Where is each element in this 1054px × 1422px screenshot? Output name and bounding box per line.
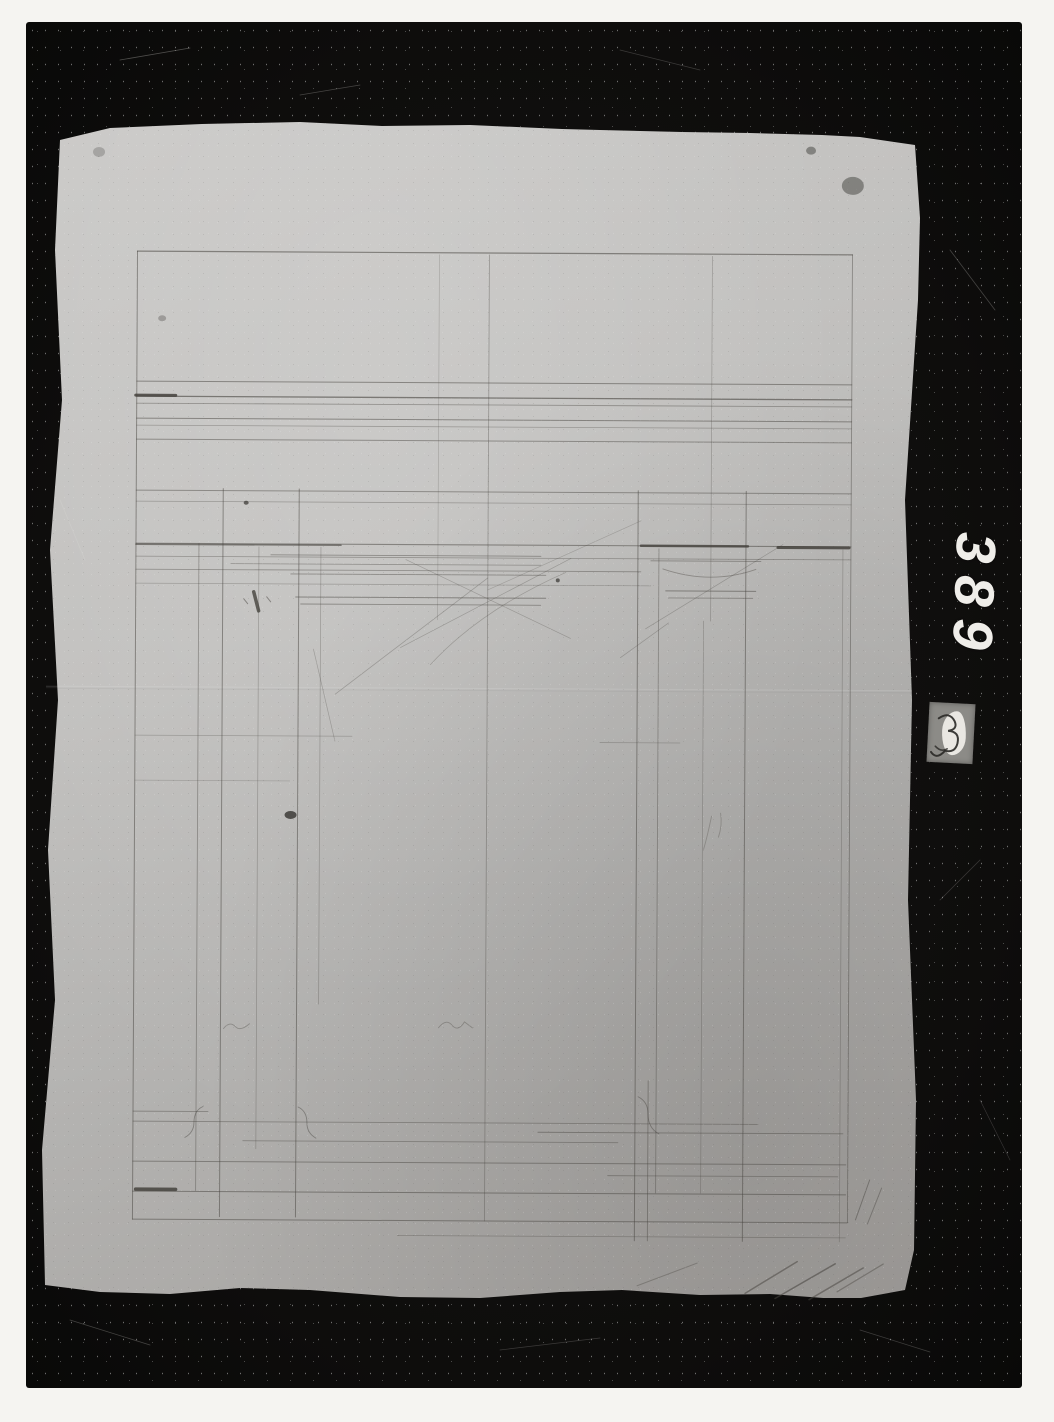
paper-grain-texture (42, 118, 922, 1298)
photo-number-label: 389 (903, 525, 1048, 670)
drawing-sheet (42, 118, 922, 1298)
archive-sticker (926, 702, 975, 764)
sticker-scribble-icon (926, 702, 975, 764)
scan-page: { "photo": { "number": "389" }, "colors"… (0, 0, 1054, 1422)
